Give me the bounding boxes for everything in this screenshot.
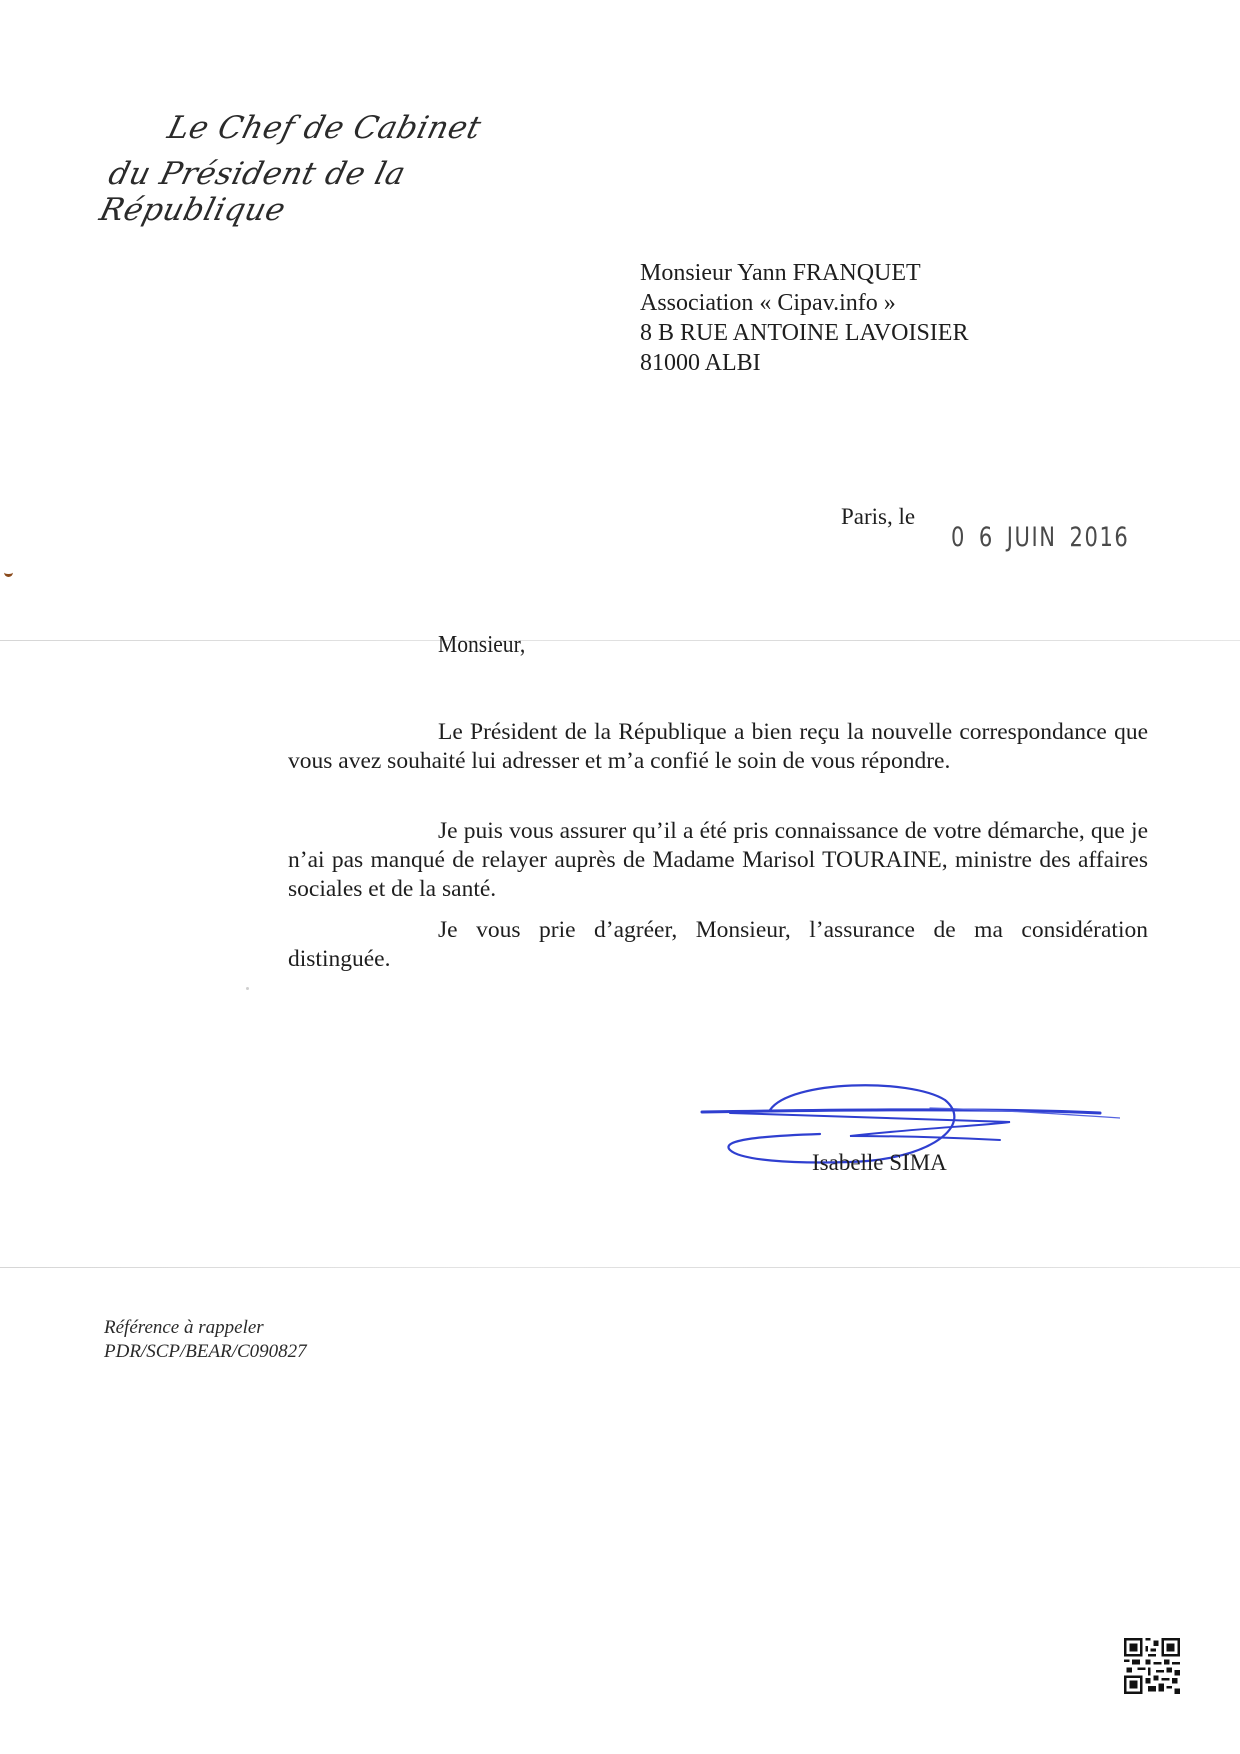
body-paragraph: Je puis vous assurer qu’il a été pris co… — [288, 817, 1148, 904]
recipient-city: 81000 ALBI — [640, 348, 968, 378]
speck — [246, 987, 249, 990]
salutation: Monsieur, — [438, 632, 525, 659]
date-label: Paris, le — [841, 504, 915, 530]
qr-code-icon — [1124, 1638, 1180, 1694]
reference-block: Référence à rappeler PDR/SCP/BEAR/C09082… — [104, 1316, 307, 1364]
signer-name: Isabelle SIMA — [812, 1150, 947, 1176]
recipient-street: 8 B RUE ANTOINE LAVOISIER — [640, 318, 968, 348]
stray-mark — [4, 570, 13, 577]
reference-code: PDR/SCP/BEAR/C090827 — [104, 1340, 307, 1364]
recipient-name: Monsieur Yann FRANQUET — [640, 258, 968, 288]
fold-line — [0, 1267, 1240, 1268]
fold-line — [0, 640, 1240, 641]
body-paragraph: Le Président de la République a bien reç… — [288, 718, 1148, 776]
letterhead-subtitle: du Président de la République — [96, 156, 534, 228]
recipient-organization: Association « Cipav.info » — [640, 288, 968, 318]
body-paragraph: Je vous prie d’agréer, Monsieur, l’assur… — [288, 916, 1148, 974]
date-stamp: 0 6 JUIN 2016 — [951, 522, 1129, 553]
reference-label: Référence à rappeler — [104, 1316, 307, 1340]
letterhead-title: Le Chef de Cabinet — [164, 110, 525, 146]
recipient-address: Monsieur Yann FRANQUET Association « Cip… — [640, 258, 968, 378]
letterhead: Le Chef de Cabinet du Président de la Ré… — [96, 110, 516, 228]
